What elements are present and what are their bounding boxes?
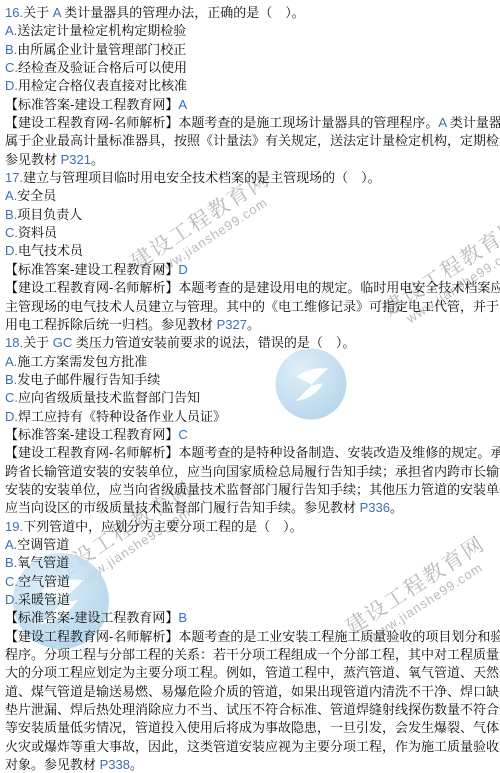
option-item: A.安全员: [5, 187, 498, 205]
answer-value: A: [178, 97, 187, 112]
answer-label: 【标准答案-建设工程教育网】: [5, 97, 178, 112]
option-item: D.采暖管道: [5, 591, 498, 609]
answer-value: D: [178, 262, 187, 277]
question-block: 19.下列管道中，应划分为主要分项工程的是（ ）。 A.空调管道B.氧气管道C.…: [5, 518, 498, 773]
analysis-line: 【建设工程教育网-名师解析】本题考查的是特种设备制造、安装改造及维修的规定。承担: [5, 444, 498, 462]
questions-list: 16.关于 A 类计量器具的管理办法，正确的是（ ）。 A.送法定计量检定机构定…: [5, 4, 498, 773]
option-item: B.氧气管道: [5, 554, 498, 572]
answer-line: 【标准答案-建设工程教育网】C: [5, 426, 498, 444]
analysis-line: 火灾或爆炸等重大事故，因此，这类管道安装应视为主要分项工程，作为施工质量验收重点: [5, 738, 498, 756]
analysis-line: 【建设工程教育网-名师解析】本题考查的是工业安装工程施工质量验收的项目划分和验收: [5, 628, 498, 646]
option-item: B.项目负责人: [5, 206, 498, 224]
answer-line: 【标准答案-建设工程教育网】D: [5, 261, 498, 279]
analysis-line: 主管现场的电气技术人员建立与管理。其中的《电工维修记录》可指定电工代管，并于临时: [5, 298, 498, 316]
option-item: D.电气技术员: [5, 242, 498, 260]
option-item: C.经检查及验证合格后可以使用: [5, 59, 498, 77]
option-item: C.资料员: [5, 224, 498, 242]
analysis-line: 对象。参见教材 P338。: [5, 756, 498, 773]
exam-answer-document: 建设工程教育网 www.jianshe99.com 建设工程教育网 www.ji…: [0, 0, 500, 773]
question-block: 16.关于 A 类计量器具的管理办法，正确的是（ ）。 A.送法定计量检定机构定…: [5, 4, 498, 169]
question-stem: 16.关于 A 类计量器具的管理办法，正确的是（ ）。: [5, 4, 498, 22]
analysis-line: 【建设工程教育网-名师解析】本题考查的是施工现场计量器具的管理程序。A 类计量器…: [5, 114, 498, 132]
analysis-line: 应当向设区的市级质量技术监督部门履行告知手续。参见教材 P336。: [5, 499, 498, 517]
answer-label: 【标准答案-建设工程教育网】: [5, 262, 178, 277]
question-block: 18.关于 GC 类压力管道安装前要求的说法，错误的是（ ）。 A.施工方案需发…: [5, 334, 498, 517]
analysis-line: 道、煤气管道是输送易燃、易爆危险介质的管道，如果出现管道内清洗不干净、焊口缺陷、: [5, 683, 498, 701]
analysis-line: 用电工程拆除后统一归档。参见教材 P327。: [5, 316, 498, 334]
option-item: D.焊工应持有《特种设备作业人员证》: [5, 408, 498, 426]
option-item: B.发电子邮件履行告知手续: [5, 371, 498, 389]
answer-label: 【标准答案-建设工程教育网】: [5, 610, 178, 625]
answer-line: 【标准答案-建设工程教育网】A: [5, 96, 498, 114]
question-stem: 18.关于 GC 类压力管道安装前要求的说法，错误的是（ ）。: [5, 334, 498, 352]
answer-label: 【标准答案-建设工程教育网】: [5, 427, 178, 442]
option-item: A.空调管道: [5, 536, 498, 554]
analysis-line: 【建设工程教育网-名师解析】本题考查的是建设用电的规定。临时用电安全技术档案应由: [5, 279, 498, 297]
question-block: 17.建立与管理项目临时用电安全技术档案的是主管现场的（ ）。 A.安全员B.项…: [5, 169, 498, 334]
answer-value: B: [178, 610, 187, 625]
analysis-line: 安装的安装单位，应当向省级质量技术监督部门履行告知手续；其他压力管道的安装单位，: [5, 481, 498, 499]
option-item: C.应向省级质量技术监督部门告知: [5, 389, 498, 407]
question-stem: 19.下列管道中，应划分为主要分项工程的是（ ）。: [5, 518, 498, 536]
analysis-line: 参见教材 P321。: [5, 151, 498, 169]
analysis-line: 跨省长输管道安装的安装单位，应当向国家质检总局履行告知手续；承担省内跨市长输管道: [5, 463, 498, 481]
analysis-line: 属于企业最高计量标准器具，按照《计量法》有关规定，送法定计量检定机构，定期检定。: [5, 132, 498, 150]
option-item: C.空气管道: [5, 573, 498, 591]
analysis-line: 程序。分项工程与分部工程的关系：若干分项工程组成一个分部工程，其中对工程质量影响: [5, 646, 498, 664]
question-stem: 17.建立与管理项目临时用电安全技术档案的是主管现场的（ ）。: [5, 169, 498, 187]
option-item: D.用检定合格仪表直接对比核准: [5, 77, 498, 95]
answer-line: 【标准答案-建设工程教育网】B: [5, 609, 498, 627]
analysis-line: 大的分项工程应划定为主要分项工程。例如，管道工程中，蒸汽管道、氧气管道、天然气管: [5, 664, 498, 682]
option-item: A.送法定计量检定机构定期检验: [5, 22, 498, 40]
answer-value: C: [178, 427, 187, 442]
analysis-line: 等安装质量低劣情况，管道投入使用后将成为事故隐患，一旦引发，会发生爆裂、气体泄漏…: [5, 719, 498, 737]
analysis-line: 垫片泄漏、焊后热处理消除应力不当、试压不符合标准、管道焊缝射线探伤数量不符合规定: [5, 701, 498, 719]
option-item: B.由所属企业计量管理部门校正: [5, 41, 498, 59]
option-item: A.施工方案需发包方批准: [5, 353, 498, 371]
